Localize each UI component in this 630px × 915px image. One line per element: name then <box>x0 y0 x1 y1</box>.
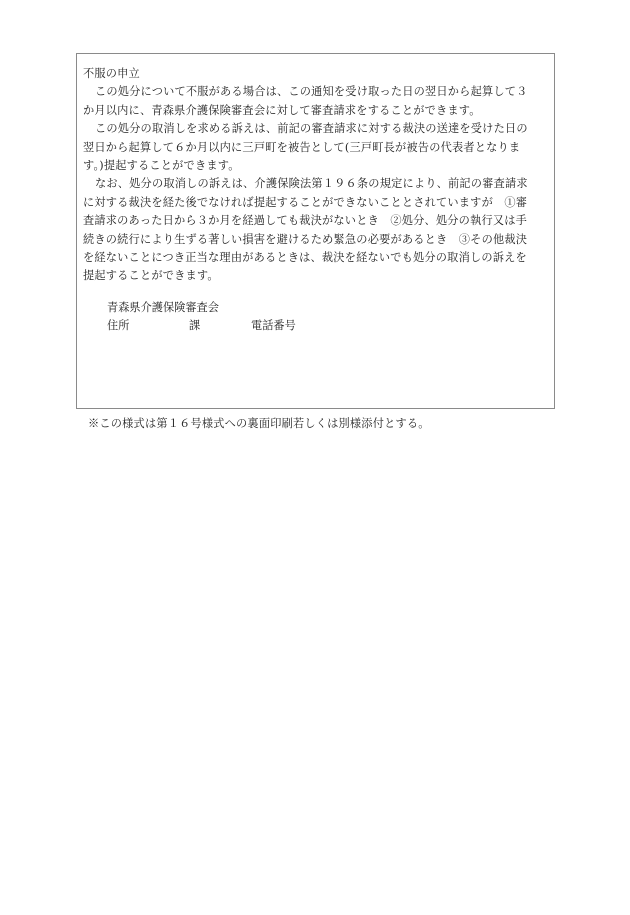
paragraph-exceptions-line: 続きの続行により生ずる著しい損害を避けるため緊急の必要があるとき ③その他裁決 <box>83 231 551 249</box>
paragraph-revocation-suit-line: す。)提起することができます。 <box>83 157 551 175</box>
organization-name: 青森県介護保険審査会 <box>107 299 219 317</box>
notice-heading: 不服の申立 <box>83 65 551 83</box>
phone-label: 電話番号 <box>251 317 296 335</box>
paragraph-revocation-suit-line: 翌日から起算して６か月以内に三戸町を被告として(三戸町長が被告の代表者となりま <box>83 139 551 157</box>
paragraph-exceptions-line: 提起することができます。 <box>83 267 551 285</box>
paragraph-review-request-line: この処分について不服がある場合は、この通知を受け取った日の翌日から起算して３ <box>83 83 551 101</box>
appeal-notice-content: 不服の申立 この処分について不服がある場合は、この通知を受け取った日の翌日から起… <box>83 65 551 286</box>
paragraph-exceptions-line: を経ないことにつき正当な理由があるときは、裁決を経ないでも処分の取消しの訴えを <box>83 249 551 267</box>
paragraph-review-request-line: か月以内に、青森県介護保険審査会に対して審査請求をすることができます。 <box>83 102 551 120</box>
paragraph-revocation-suit-line: この処分の取消しを求める訴えは、前記の審査請求に対する裁決の送達を受けた日の <box>83 120 551 138</box>
section-label: 課 <box>189 317 200 335</box>
paragraph-exceptions-line: なお、処分の取消しの訴えは、介護保険法第１９６条の規定により、前記の審査請求 <box>83 175 551 193</box>
appeal-notice-box: 不服の申立 この処分について不服がある場合は、この通知を受け取った日の翌日から起… <box>76 53 555 409</box>
form-footnote: ※この様式は第１６号様式への裏面印刷若しくは別様添付とする。 <box>88 416 430 432</box>
address-label: 住所 <box>107 317 129 335</box>
paragraph-exceptions-line: 査請求のあった日から３か月を経過しても裁決がないとき ②処分、処分の執行又は手 <box>83 212 551 230</box>
paragraph-exceptions-line: に対する裁決を経た後でなければ提起することができないこととされていますが ①審 <box>83 194 551 212</box>
